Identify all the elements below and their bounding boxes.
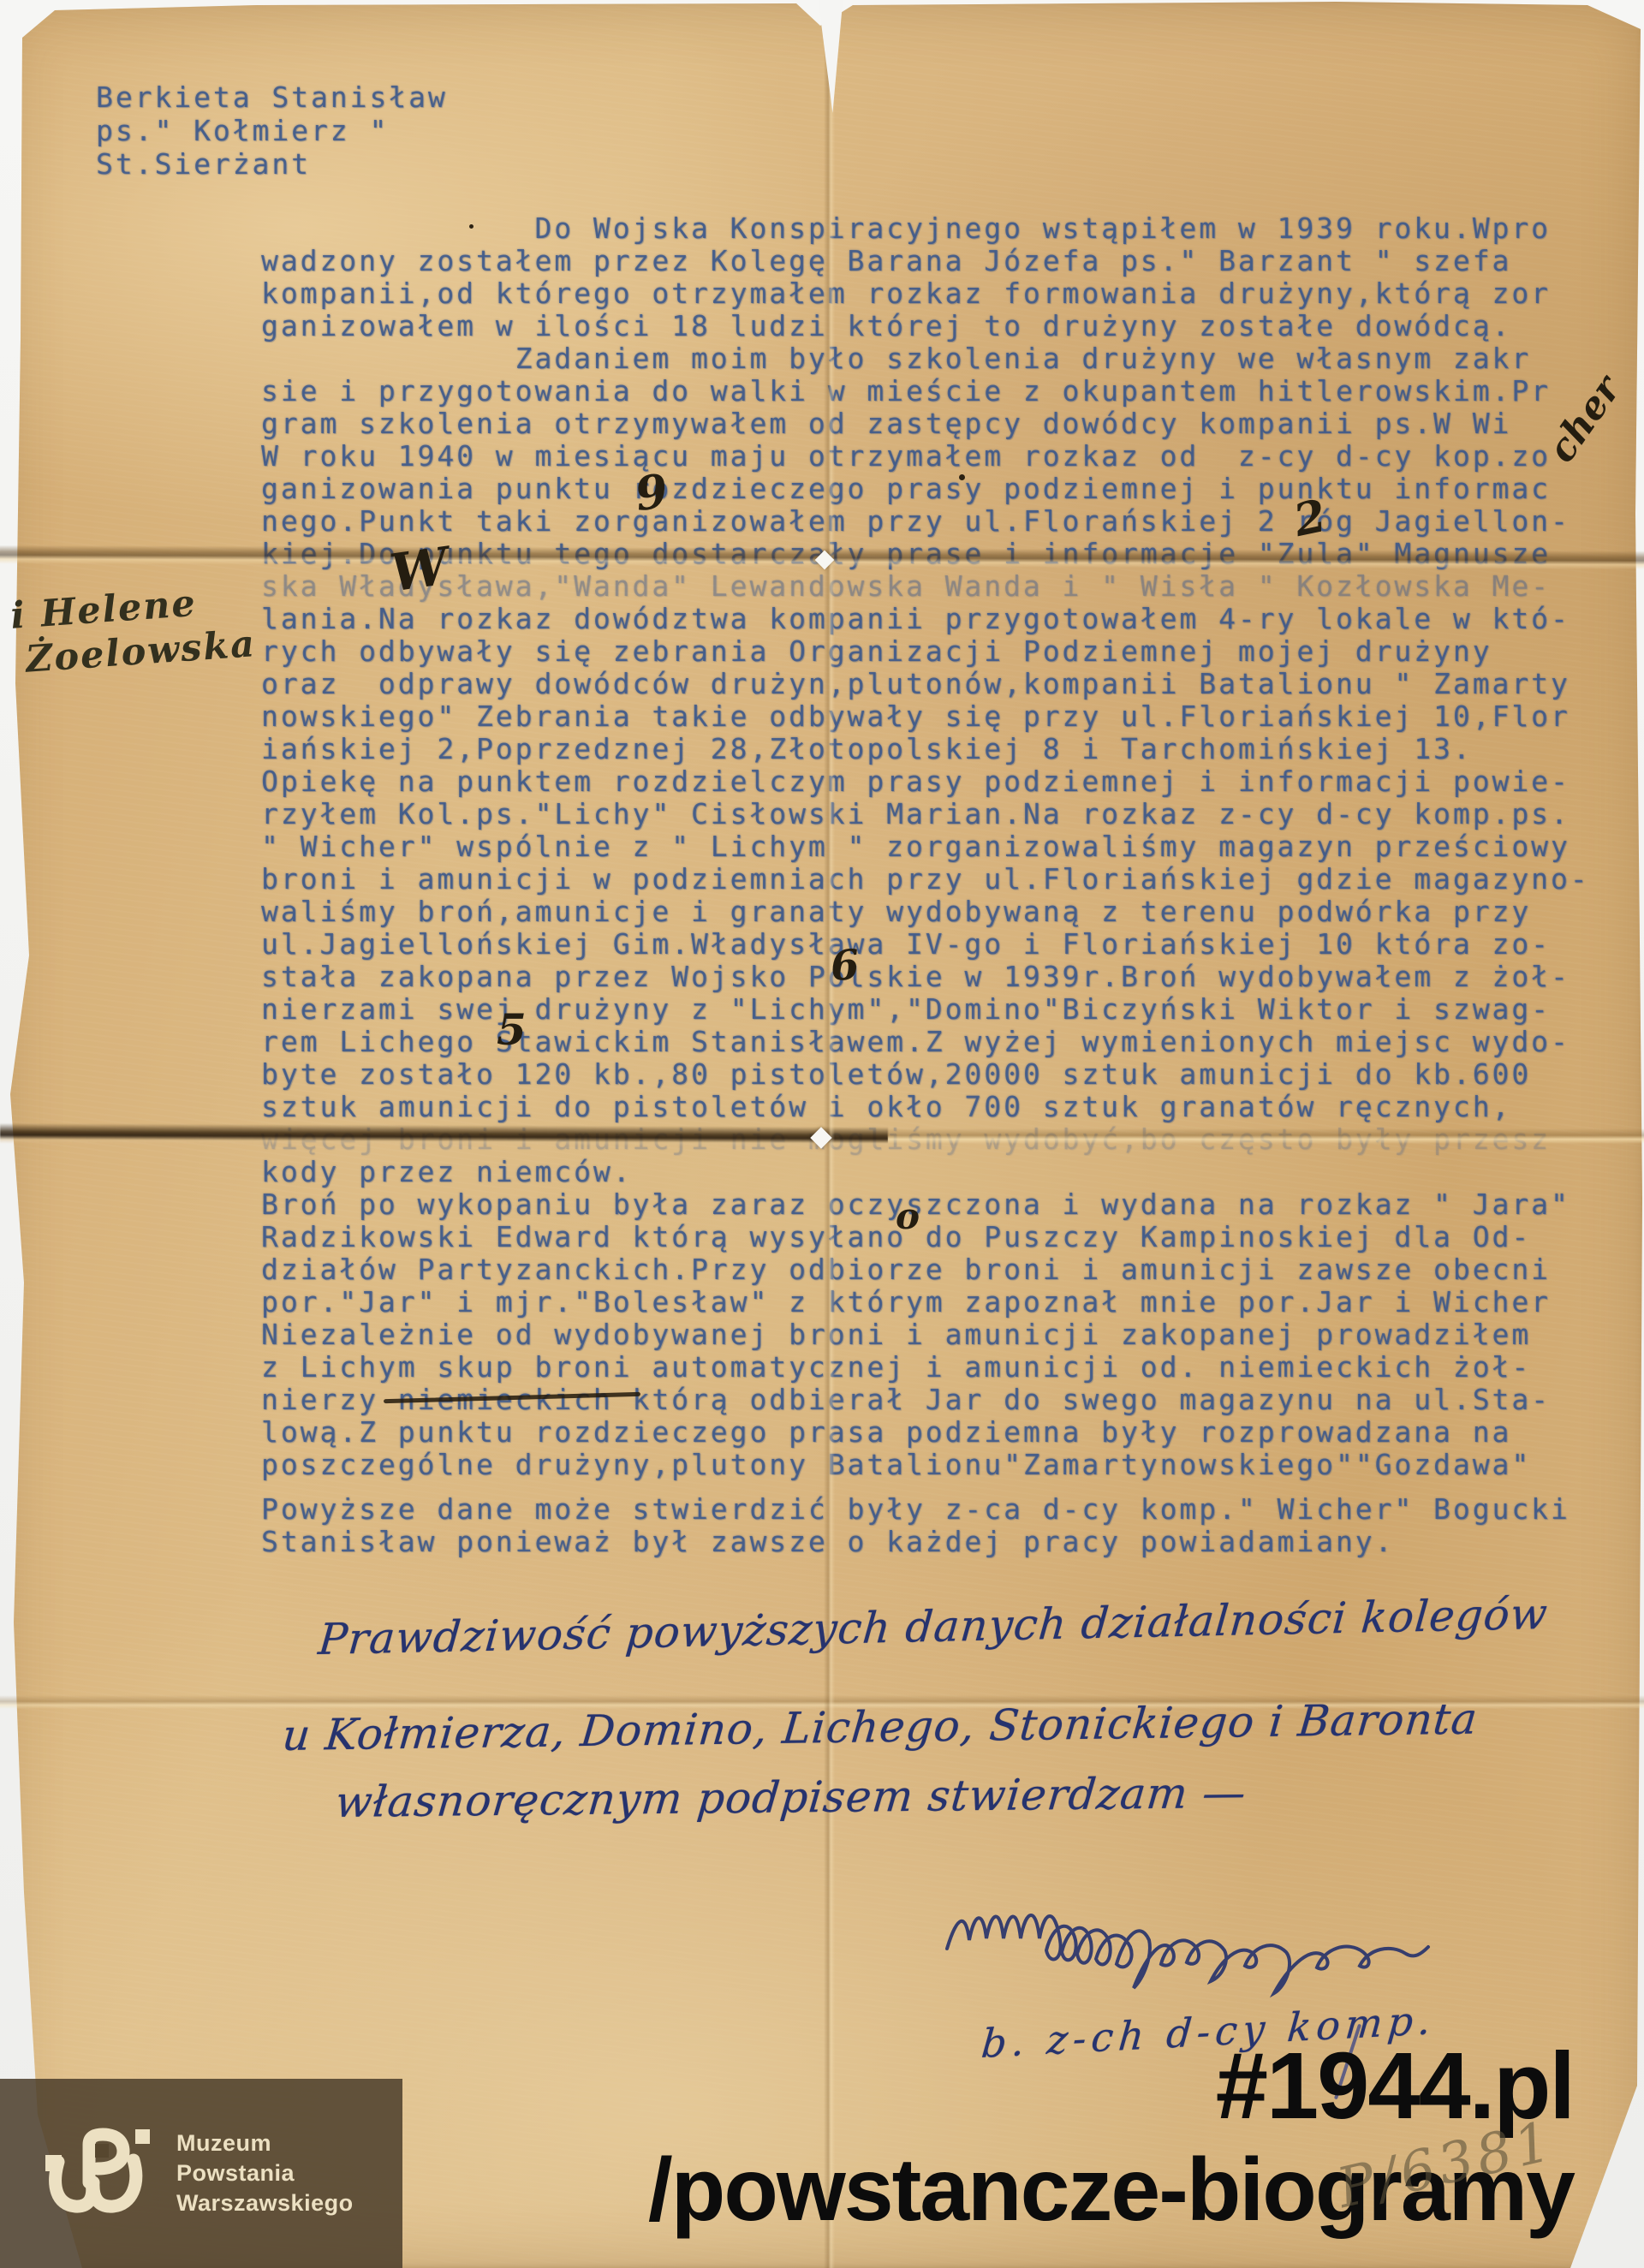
typed-line: byte zostało 120 kb.,80 pistoletów,20000…	[261, 1058, 1590, 1091]
typed-line: nierzami swej drużyny z "Lichym","Domino…	[261, 993, 1590, 1026]
kotwica-anchor-logo-icon	[45, 2126, 158, 2222]
typed-line: Niezależnie od wydobywanej broni i amuni…	[261, 1319, 1590, 1351]
typed-line: broni i amunicji w podziemniach przy ul.…	[261, 863, 1590, 896]
author-block: Berkieta Stanisławps." Kołmierz "St.Sier…	[96, 80, 448, 181]
typed-line: ganizowałem w ilości 18 ludzi której to …	[261, 310, 1590, 342]
pen-mark: 9	[632, 467, 670, 518]
typed-line: stała zakopana przez Wojsko Polskie w 19…	[261, 961, 1590, 993]
typed-line: sie i przygotowania do walki w mieście z…	[261, 375, 1590, 408]
signature-scribble	[933, 1865, 1447, 2002]
handwritten-statement-line: własnoręcznym podpisem stwierdzam —	[333, 1768, 1248, 1827]
typed-line: Radzikowski Edward którą wysyłano do Pus…	[261, 1221, 1590, 1253]
typed-line: waliśmy broń,amunicje i granaty wydobywa…	[261, 896, 1590, 928]
typed-line: por."Jar" i mjr."Bolesław" z którym zapo…	[261, 1286, 1590, 1319]
typed-line: Broń po wykopaniu była zaraz oczyszczona…	[261, 1188, 1590, 1221]
typed-line: ul.Jagiellońskiej Gim.Władysława IV-go i…	[261, 928, 1590, 961]
museum-name-line: Warszawskiego	[176, 2188, 354, 2218]
typed-line: lania.Na rozkaz dowództwa kompanii przyg…	[261, 603, 1590, 635]
typed-line: kiej.Do punktu tego dostarczały prase i …	[261, 538, 1590, 570]
typed-line: nowskiego" Zebrania takie odbywały się p…	[261, 700, 1590, 733]
typed-line: oraz odprawy dowódców drużyn,plutonów,ko…	[261, 668, 1590, 700]
typed-line: sztuk amunicji do pistoletów i okło 700 …	[261, 1091, 1590, 1123]
typed-line: kody przez niemców.	[261, 1156, 1590, 1188]
museum-overlay-box: MuzeumPowstaniaWarszawskiego	[0, 2079, 402, 2268]
typed-line: lową.Z punktu rozdzieczego prasa podziem…	[261, 1416, 1590, 1449]
typed-line: kompanii,od którego otrzymałem rozkaz fo…	[261, 277, 1590, 310]
typed-line: " Wicher" wspólnie z " Lichym " zorganiz…	[261, 830, 1590, 863]
typed-line: więcej broni i amunicji nie mogliśmy wyd…	[261, 1123, 1590, 1156]
typed-line: Zadaniem moim było szkolenia drużyny we …	[261, 342, 1590, 375]
typed-line: poszczególne drużyny,plutony Batalionu"Z…	[261, 1449, 1590, 1481]
typed-line: iańskiej 2,Poprzedznej 28,Złotopolskiej …	[261, 733, 1590, 765]
author-pseudonym: ps." Kołmierz "	[96, 114, 448, 147]
typed-line: rych odbywały się zebrania Organizacji P…	[261, 635, 1590, 668]
typed-line: Do Wojska Konspiracyjnego wstąpiłem w 19…	[261, 212, 1590, 245]
typed-line: z Lichym skup broni automatycznej i amun…	[261, 1351, 1590, 1384]
watermark-site-tag: #1944.pl	[648, 2039, 1574, 2134]
typed-line: rzyłem Kol.ps."Lichy" Cisłowski Marian.N…	[261, 798, 1590, 830]
typed-line: W roku 1940 w miesiącu maju otrzymałem r…	[261, 440, 1590, 473]
museum-name: MuzeumPowstaniaWarszawskiego	[176, 2128, 354, 2218]
typed-line: Opiekę na punktem rozdzielczym prasy pod…	[261, 765, 1590, 798]
typed-line: działów Partyzanckich.Przy odbiorze bron…	[261, 1253, 1590, 1286]
typed-body: Do Wojska Konspiracyjnego wstąpiłem w 19…	[261, 212, 1590, 1558]
typed-line: rem Lichego Stawickim Stanisławem.Z wyże…	[261, 1026, 1590, 1058]
typed-line: wadzony zostałem przez Kolegę Barana Józ…	[261, 245, 1590, 277]
typed-line: gram szkolenia otrzymywałem od zastępcy …	[261, 408, 1590, 440]
typed-line: ganizowania punktu rozdzieczego prasy po…	[261, 473, 1590, 505]
author-name: Berkieta Stanisław	[96, 80, 448, 114]
pen-mark: 6	[829, 944, 861, 987]
typed-line: ska Władysława,"Wanda" Lewandowska Wanda…	[261, 570, 1590, 603]
author-rank: St.Sierżant	[96, 147, 448, 181]
typed-line: Stanisław ponieważ był zawsze o każdej p…	[261, 1526, 1590, 1558]
pen-mark: o	[896, 1199, 920, 1235]
typed-line: nego.Punkt taki zorganizowałem przy ul.F…	[261, 505, 1590, 538]
museum-name-line: Muzeum	[176, 2128, 354, 2158]
scanned-letter-page: Berkieta Stanisławps." Kołmierz "St.Sier…	[0, 0, 1644, 2268]
margin-note: i HeleneŻoelowska	[9, 577, 258, 683]
museum-name-line: Powstania	[176, 2158, 354, 2188]
pen-mark: W	[387, 541, 451, 600]
pen-mark: 5	[497, 1009, 527, 1051]
typed-line: Powyższe dane może stwierdzić były z-ca …	[261, 1493, 1590, 1526]
